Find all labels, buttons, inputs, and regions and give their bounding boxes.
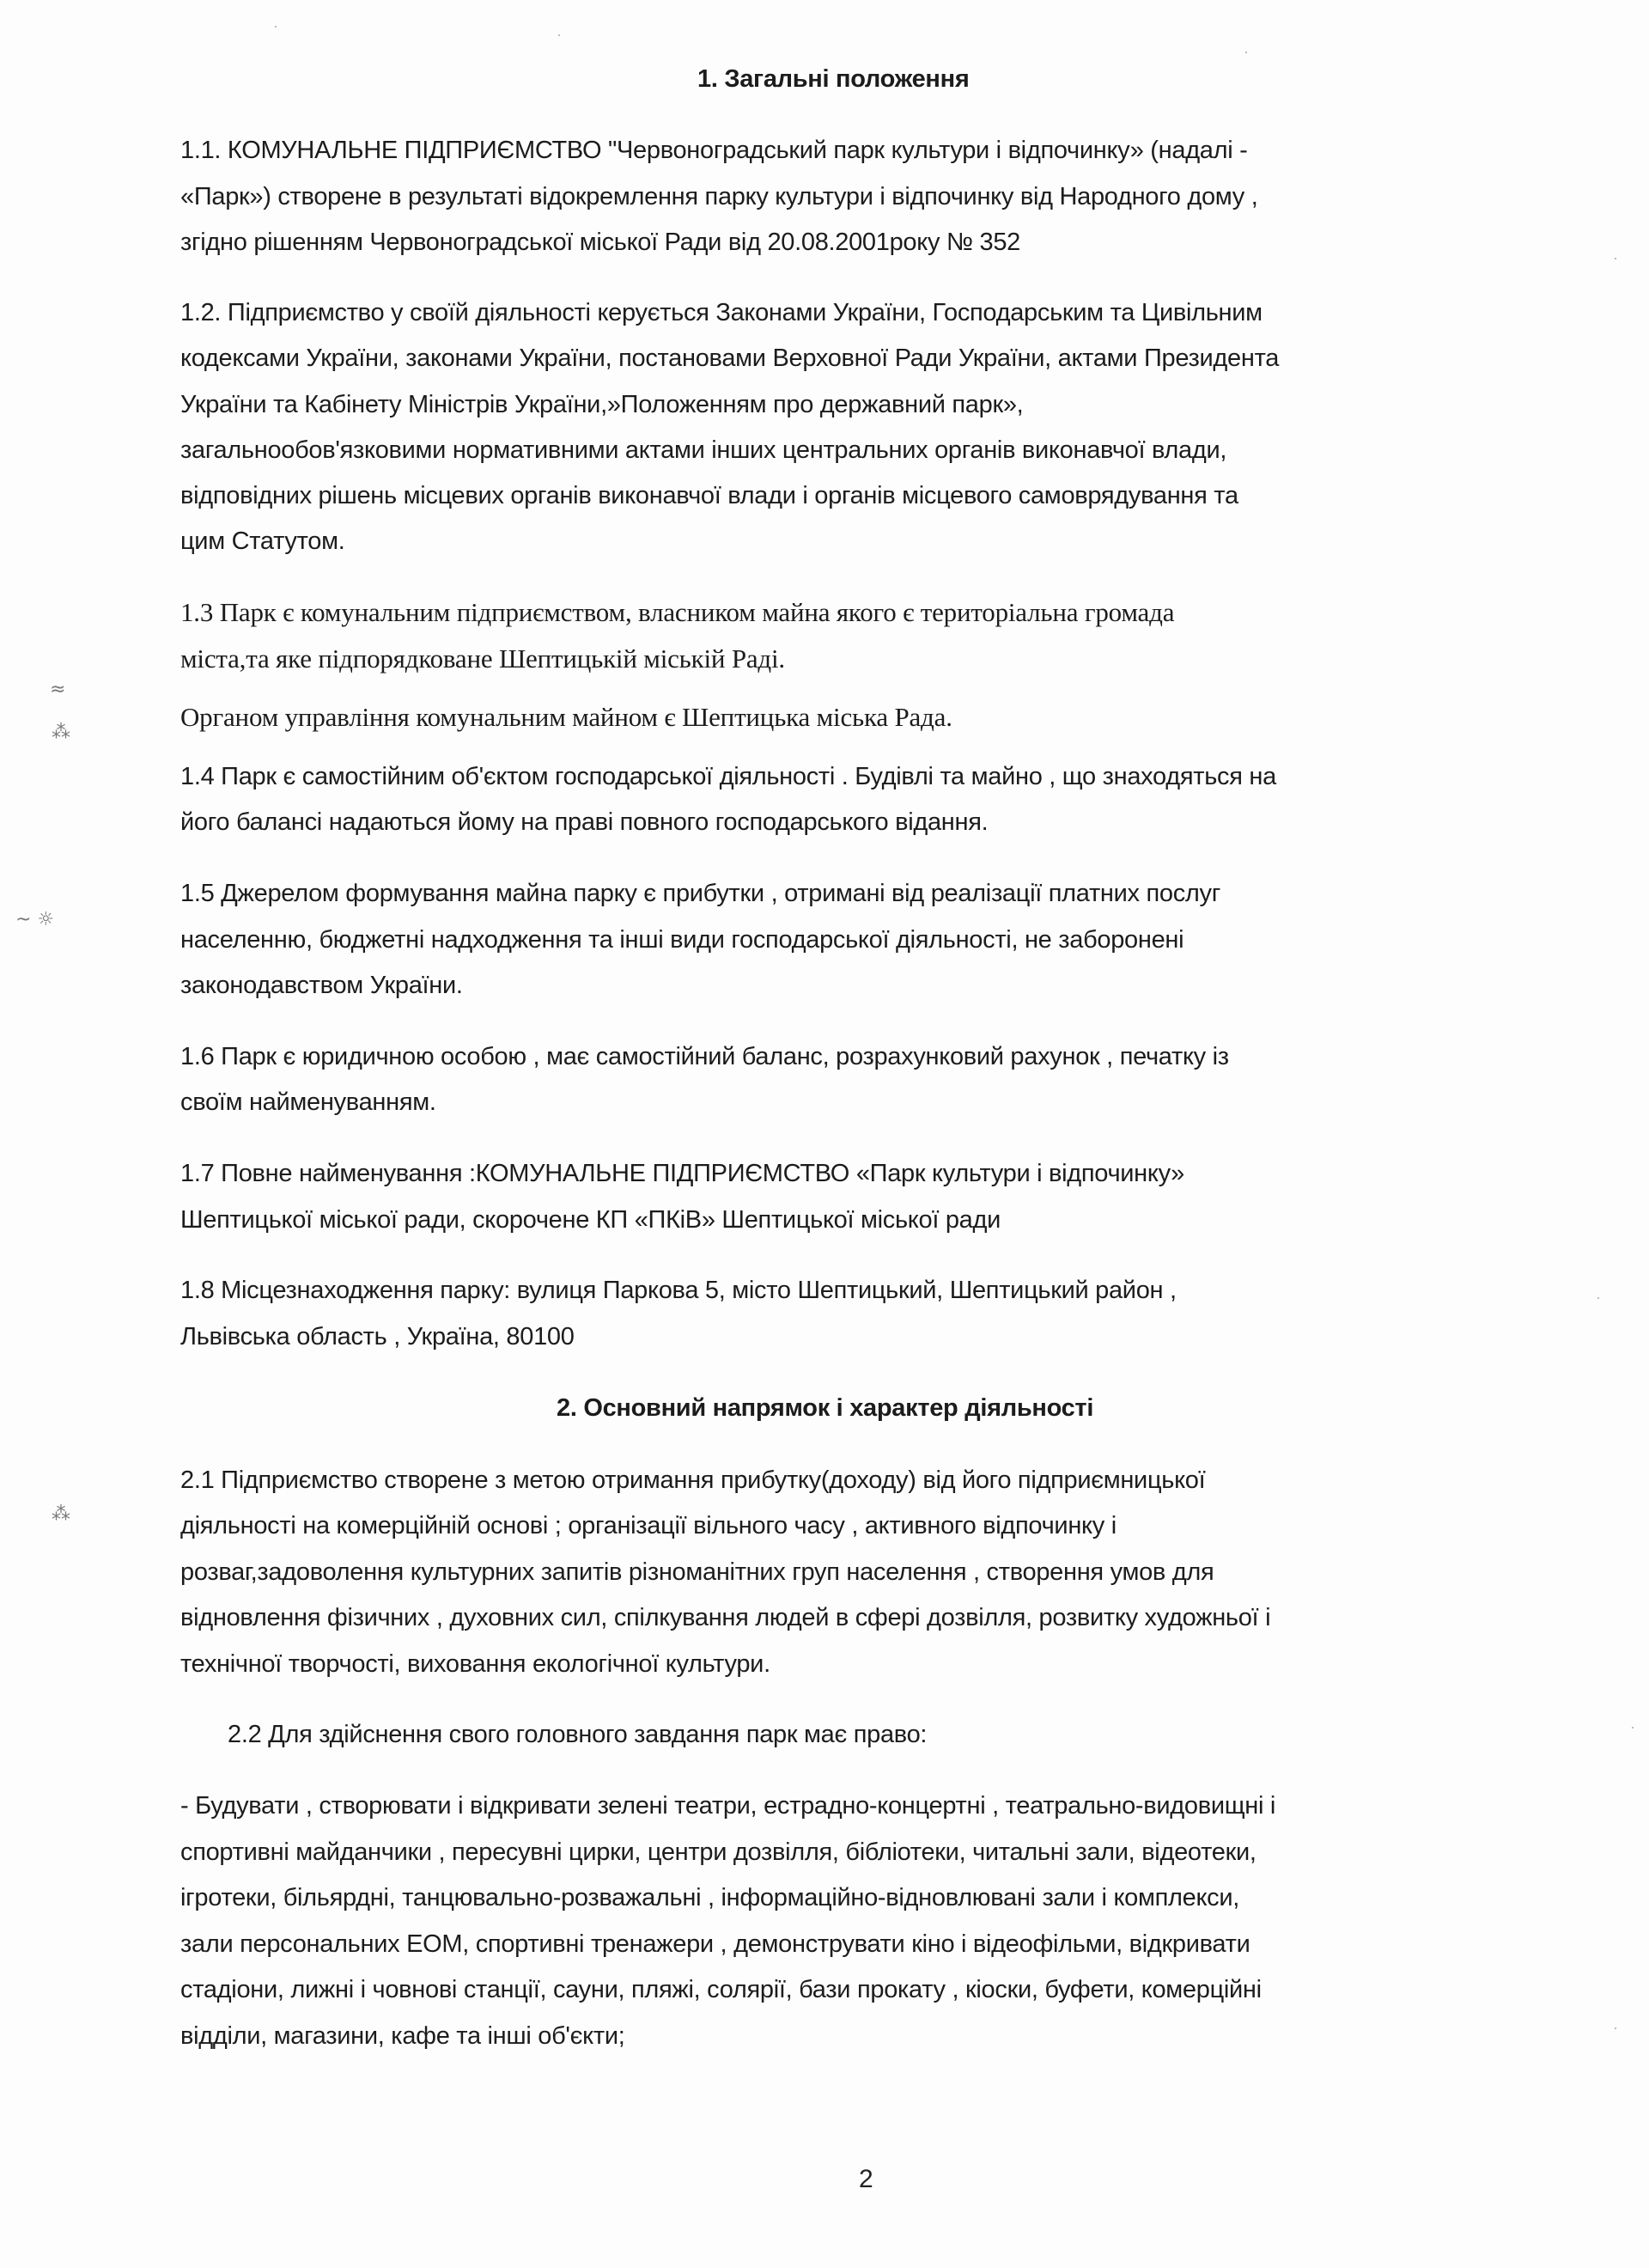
paragraph-2-2: 2.2 Для здійснення свого головного завда… — [228, 1717, 927, 1752]
rights-list-line-3: ігротеки, більярдні, танцювально-розважа… — [180, 1881, 1239, 1915]
scan-mark-icon: ⁂ — [52, 1503, 70, 1525]
paragraph-1-1-line-3: згідно рішенням Червоноградської міської… — [180, 225, 1020, 259]
paragraph-2-1-line-3: розваг,задоволення культурних запитів рі… — [180, 1555, 1214, 1589]
paragraph-1-3-governing-body: Органом управління комунальним майном є … — [180, 700, 952, 735]
paragraph-2-1-line-1: 2.1 Підприємство створене з метою отрима… — [180, 1463, 1205, 1497]
paragraph-1-7-line-1: 1.7 Повне найменування :КОМУНАЛЬНЕ ПІДПР… — [180, 1156, 1184, 1191]
paragraph-1-1-line-2: «Парк») створене в результаті відокремле… — [180, 180, 1257, 214]
paragraph-1-3-line-2: міста,та яке підпорядковане Шептицькій м… — [180, 642, 785, 676]
rights-list-line-6: відділи, магазини, кафе та інші об'єкти; — [180, 2019, 625, 2053]
scan-speck — [1632, 1727, 1634, 1728]
paragraph-1-5-line-1: 1.5 Джерелом формування майна парку є пр… — [180, 876, 1220, 911]
paragraph-1-6-line-2: своїм найменуванням. — [180, 1085, 436, 1119]
rights-list-line-1: - Будувати , створювати і відкривати зел… — [180, 1789, 1275, 1823]
paragraph-1-4-line-1: 1.4 Парк є самостійним об'єктом господар… — [180, 759, 1276, 794]
paragraph-1-2-line-4: загальнообов'язковими нормативними актам… — [180, 433, 1226, 467]
scan-mark-icon: ≈ — [50, 679, 65, 700]
scan-speck — [1245, 52, 1247, 53]
scan-speck — [558, 34, 560, 36]
paragraph-1-2-line-6: цим Статутом. — [180, 524, 344, 558]
paragraph-1-2-line-1: 1.2. Підприємство у своїй діяльності кер… — [180, 296, 1263, 330]
rights-list-line-5: стадіони, лижні і човнові станції, сауни… — [180, 1972, 1262, 2007]
paragraph-2-1-line-4: відновлення фізичних , духовних сил, спі… — [180, 1600, 1270, 1635]
scan-speck — [275, 26, 277, 27]
scan-mark-icon: ~ ☼ — [15, 909, 54, 930]
paragraph-1-7-line-2: Шептицької міської ради, скорочене КП «П… — [180, 1203, 1001, 1237]
paragraph-1-2-line-5: відповідних рішень місцевих органів вико… — [180, 479, 1238, 513]
paragraph-1-3-line-1: 1.3 Парк є комунальним підприємством, вл… — [180, 595, 1174, 630]
scan-mark-icon: ⁂ — [52, 722, 70, 743]
rights-list-line-4: зали персональних ЕОМ, спортивні тренаже… — [180, 1927, 1250, 1961]
rights-list-line-2: спортивні майданчики , пересувні цирки, … — [180, 1835, 1257, 1869]
paragraph-1-8-line-2: Львівська область , Україна, 80100 — [180, 1320, 575, 1354]
paragraph-2-1-line-2: діяльності на комерційній основі ; орган… — [180, 1509, 1117, 1543]
paragraph-1-6-line-1: 1.6 Парк є юридичною особою , має самост… — [180, 1039, 1229, 1074]
scan-speck — [1597, 1297, 1599, 1299]
paragraph-1-4-line-2: його балансі надаються йому на праві пов… — [180, 805, 988, 839]
scan-speck — [1615, 2027, 1616, 2029]
scan-speck — [1615, 258, 1616, 259]
section-2-heading: 2. Основний напрямок і характер діяльнос… — [557, 1391, 1093, 1425]
paragraph-1-1-line-1: 1.1. КОМУНАЛЬНЕ ПІДПРИЄМСТВО "Червоногра… — [180, 133, 1248, 168]
section-1-heading: 1. Загальні положення — [697, 62, 969, 96]
paragraph-1-2-line-2: кодексами України, законами України, пос… — [180, 341, 1279, 375]
document-page: 1. Загальні положення 1.1. КОМУНАЛЬНЕ ПІ… — [0, 0, 1649, 2268]
paragraph-1-8-line-1: 1.8 Місцезнаходження парку: вулиця Парко… — [180, 1273, 1177, 1308]
paragraph-1-5-line-2: населенню, бюджетні надходження та інші … — [180, 923, 1184, 957]
paragraph-2-1-line-5: технічної творчості, виховання екологічн… — [180, 1647, 770, 1681]
page-number: 2 — [859, 2165, 873, 2194]
paragraph-1-2-line-3: України та Кабінету Міністрів України,»П… — [180, 387, 1023, 422]
paragraph-1-5-line-3: законодавством України. — [180, 968, 463, 1003]
